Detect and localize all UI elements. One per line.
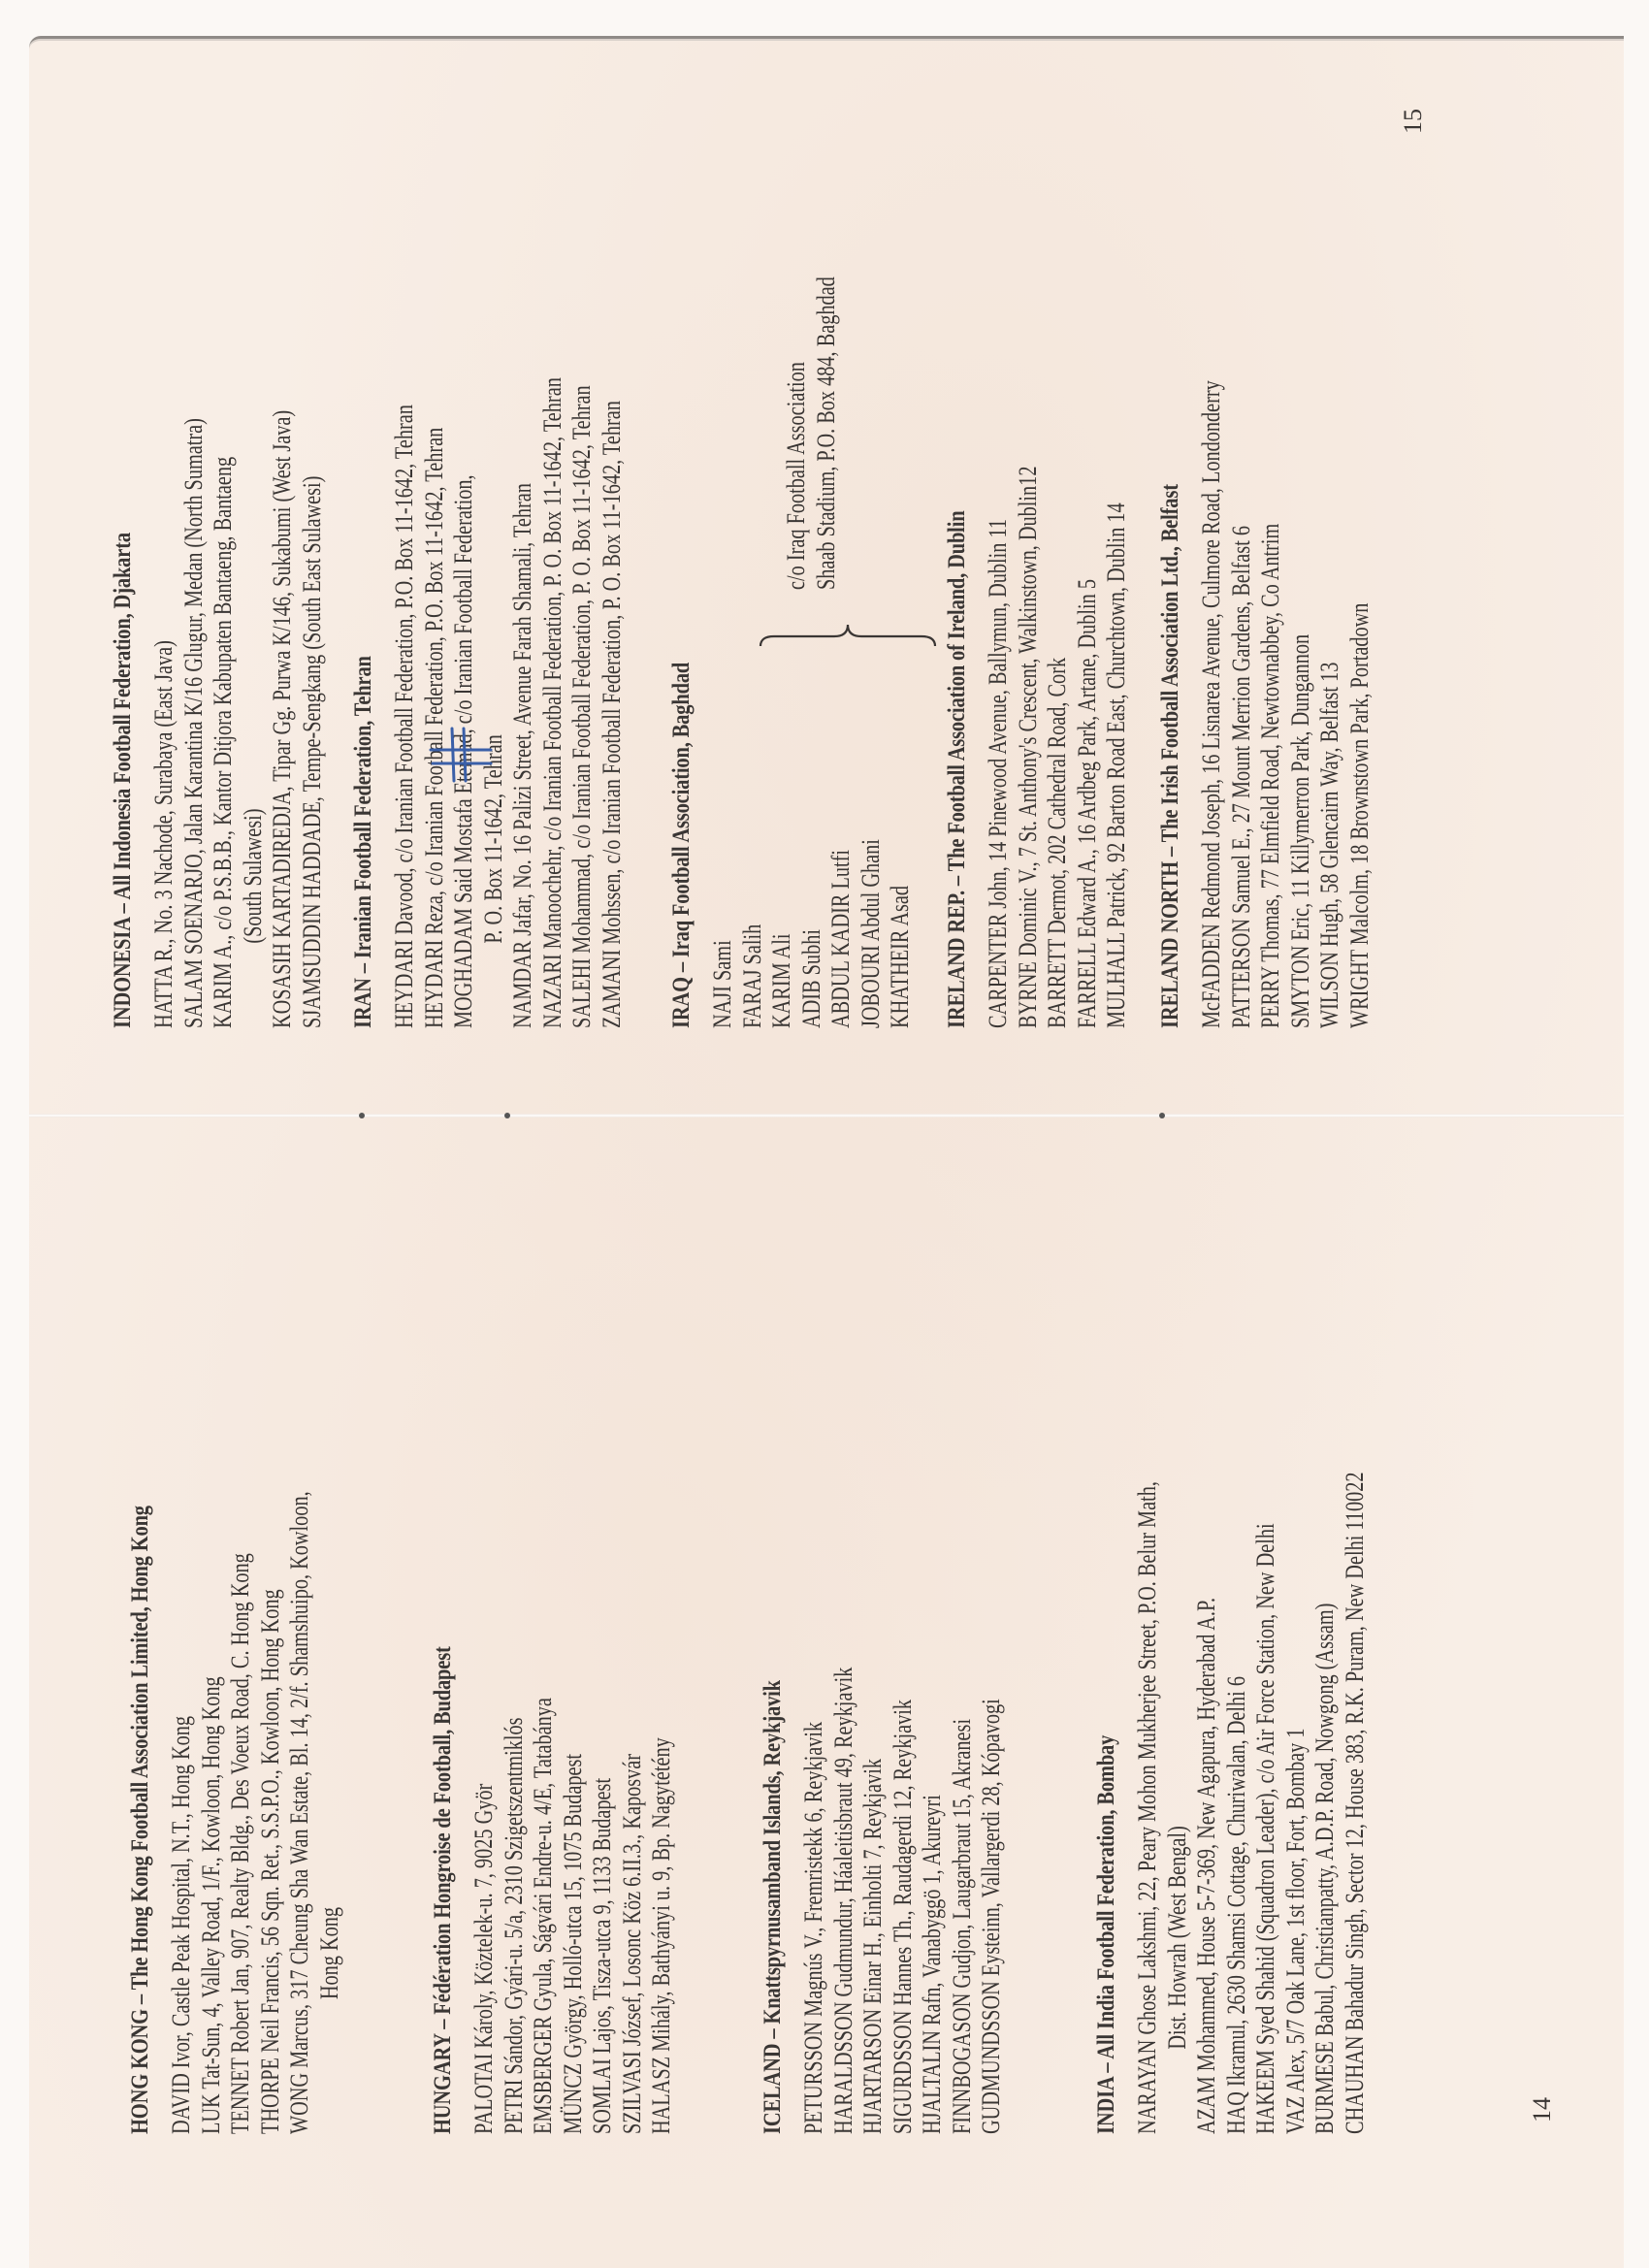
section-iceland: ICELAND – Knattspyrnusamband Islands, Re… <box>759 1536 1007 2134</box>
entry-surname: HJALTALIN <box>918 2030 946 2134</box>
entry-details: Gudmundur, Háaleitisbraut 49, Reykjavik <box>829 1668 857 2002</box>
entry-surname: VAZ <box>1281 2096 1309 2134</box>
entry-details: Thomas, 77 Elmfield Road, Newtownabbey, … <box>1256 524 1284 967</box>
entry-line: NARAYAN Ghose Lakshmi, 22, Peary Mohon M… <box>1133 1472 1163 2134</box>
entry-details: Eric, 11 Killymerron Park, Dungannon <box>1286 634 1314 946</box>
association-name: Iraq Football Association, Baghdad <box>668 663 695 957</box>
entry-line: SMYTON Eric, 11 Killymerron Park, Dungan… <box>1286 380 1316 1028</box>
entry-line: WRIGHT Malcolm, 18 Brownstown Park, Port… <box>1345 380 1375 1028</box>
entry-details: Ikramul, 2630 Shamsi Cottage, Churiwalan… <box>1222 1676 1250 2091</box>
section-ireland-rep: IRELAND REP. – The Football Association … <box>943 308 1132 1028</box>
entry-details: Mohssen, c/o Iranian Football Federation… <box>598 401 626 950</box>
page-15: INDONESIA – All Indonesia Football Feder… <box>29 39 1624 1114</box>
association-name: Fédération Hongroise de Football, Budape… <box>430 1646 456 2014</box>
entry-details: Károly, Köztelek-u. 7, 9025 Györ <box>469 1784 498 2054</box>
iraq-name-list: NAJI SamiFARAJ SalihKARIM AliADIB SubhiA… <box>708 786 916 1028</box>
entry-details: Mihály, Bathyányi u. 9, Bp. Nagytétény <box>647 1737 675 2057</box>
entry-details: Gudjon, Laugarbraut 15, Akranesi <box>948 1719 976 1993</box>
entry-surname: NARAYAN <box>1133 2040 1161 2134</box>
entry-details: Hong Kong <box>315 1907 343 1999</box>
entry-line: BYRNE Dominic V., 7 St. Anthony's Cresce… <box>1014 467 1044 1028</box>
page-number: 15 <box>1399 109 1428 134</box>
entry-details: Alex, 5/7 Oak Lane, 1st floor, Fort, Bom… <box>1281 1729 1309 2096</box>
section-india: INDIA – All India Football Federation, B… <box>1092 1285 1370 2134</box>
section-ireland-north: IRELAND NORTH – The Irish Football Assoc… <box>1156 198 1374 1028</box>
section-heading: IRELAND NORTH – The Irish Football Assoc… <box>1156 347 1185 1028</box>
country-name: INDIA <box>1093 2078 1119 2134</box>
country-name: IRAN <box>350 978 376 1028</box>
entry-line: ADIB Subhi <box>797 839 827 1028</box>
entry-line: WONG Marcus, 317 Cheung Sha Wan Estate, … <box>285 1491 315 2134</box>
entry-surname: NAJI <box>708 986 736 1028</box>
entry-surname: BYRNE <box>1014 961 1042 1028</box>
entry-details: Mohammed, House 5-7-369, New Agapura, Hy… <box>1192 1598 1220 2076</box>
entry-details: (South Sulawesi) <box>239 808 267 943</box>
entry-surname: PALOTAI <box>469 2054 498 2134</box>
section-heading: IRELAND REP. – The Football Association … <box>943 437 972 1028</box>
entry-list: CARPENTER John, 14 Pinewood Avenue, Ball… <box>984 308 1132 1028</box>
entry-line: BARRETT Dermot, 202 Cathedral Road, Cork <box>1043 467 1073 1028</box>
entry-surname: JOBOURI <box>857 945 885 1028</box>
entry-surname: MÜNCZ <box>559 2063 587 2134</box>
association-name: The Hong Kong Football Association Limit… <box>127 1506 153 1990</box>
entry-details: Hannes Th., Raudagerdi 12, Reykjavik <box>889 1700 917 2011</box>
dash: – <box>944 871 970 891</box>
entry-surname: HATTA <box>149 966 178 1028</box>
entry-line: MOGHADAM Said Mostafa Etemad, c/o Irania… <box>449 377 479 1028</box>
association-name: The Football Association of Ireland, Dub… <box>944 511 970 872</box>
entry-line: TENNET Robert Jan, 907, Realty Bldg., De… <box>226 1491 256 2134</box>
entry-line: CARPENTER John, 14 Pinewood Avenue, Ball… <box>984 467 1014 1028</box>
entry-surname: SJAMSUDDIN HADDADE <box>298 801 326 1028</box>
entry-line: KOSASIH KARTADIREDJA, Tipar Gg. Purwa K/… <box>268 410 298 1028</box>
entry-line: PETURSSON Magnús V., Fremristekk 6, Reyk… <box>799 1668 829 2134</box>
entry-line: FARAJ Salih <box>738 839 768 1028</box>
country-name: INDONESIA <box>110 918 136 1028</box>
entry-surname: FINNBOGASON <box>948 1993 976 2134</box>
entry-line: SOMLAI Lajos, Tisza-utca 9, 1133 Budapes… <box>588 1670 618 2134</box>
entry-line: SALEHI Mohammad, c/o Iranian Football Fe… <box>567 377 598 1028</box>
entry-details: Said Mostafa Etemad, c/o Iranian Footbal… <box>449 474 477 908</box>
entry-details: Neil Francis, 56 Sqn. Ret., S.S.P.O., Ko… <box>256 1589 284 2057</box>
section-iraq: IRAQ – Iraq Football Association, Baghda… <box>667 155 958 1028</box>
ink-hash-mark-icon <box>427 721 495 789</box>
entry-surname: HAQ <box>1222 2091 1250 2134</box>
entry-surname: NAMDAR <box>508 941 536 1028</box>
dash: – <box>127 1990 153 2009</box>
entry-surname: DAVID <box>167 2073 195 2134</box>
entry-details: A., c/o P.S.B.B., Kantor Ditjora Kabupat… <box>209 457 237 963</box>
entry-details: Robert Jan, 907, Realty Bldg., Des Voeux… <box>226 1553 254 2057</box>
entry-line: ZAMANI Mohssen, c/o Iranian Football Fed… <box>598 377 628 1028</box>
entry-list: PETURSSON Magnús V., Fremristekk 6, Reyk… <box>799 1536 1007 2134</box>
entry-line: KARIM Ali <box>767 839 797 1028</box>
entry-details: Redmond Joseph, 16 Lisnarea Avenue, Culm… <box>1197 380 1225 923</box>
booklet-spread: HONG KONG – The Hong Kong Football Assoc… <box>0 0 1649 2268</box>
entry-details: Syed Shahid (Squadron Leader), c/o Air F… <box>1251 1523 1279 2050</box>
entry-surname: HEYDARI <box>390 940 418 1028</box>
entry-details: Asad <box>886 886 914 930</box>
entry-surname: WILSON <box>1315 952 1343 1028</box>
entry-surname: PATTERSON <box>1227 919 1255 1028</box>
entry-details: Malcolm, 18 Brownstown Park, Portadown <box>1345 603 1374 951</box>
entry-surname: HALASZ <box>647 2057 675 2134</box>
entry-surname: BURMESE <box>1310 2041 1339 2134</box>
entry-details: Davood, c/o Iranian Football Federation,… <box>390 405 418 940</box>
entry-line: NAJI Sami <box>708 839 738 1028</box>
entry-line: HALASZ Mihály, Bathyányi u. 9, Bp. Nagyt… <box>647 1670 677 2134</box>
section-heading: INDIA – All India Football Federation, B… <box>1092 1438 1121 2134</box>
entry-details: Ghose Lakshmi, 22, Peary Mohon Mukherjee… <box>1133 1481 1161 2040</box>
entry-line: McFADDEN Redmond Joseph, 16 Lisnarea Ave… <box>1197 380 1227 1028</box>
entry-line: HEYDARI Davood, c/o Iranian Football Fed… <box>390 377 420 1028</box>
entry-details: György, Holló-utca 15, 1075 Budapest <box>559 1754 587 2063</box>
association-name: All Indonesia Football Federation, Djaka… <box>110 533 136 899</box>
section-heading: IRAN – Iranian Football Federation, Tehr… <box>349 344 378 1028</box>
country-name: IRELAND REP. <box>944 891 970 1028</box>
entry-line: PALOTAI Károly, Köztelek-u. 7, 9025 Györ <box>469 1670 500 2134</box>
page-14: HONG KONG – The Hong Kong Football Assoc… <box>29 1118 1624 2268</box>
entry-details: Sami <box>708 940 736 986</box>
entry-line: PERRY Thomas, 77 Elmfield Road, Newtowna… <box>1256 380 1286 1028</box>
section-heading: HUNGARY – Fédération Hongroise de Footba… <box>429 1646 458 2134</box>
association-name: All India Football Federation, Bombay <box>1093 1735 1119 2059</box>
entry-line: Dist. Howrah (West Bengal) <box>1163 1472 1193 2134</box>
country-name: HONG KONG <box>127 2009 153 2134</box>
entry-details: Gyula, Ságvári Endre-u. 4/E, Tatabánya <box>529 1698 557 2016</box>
entry-line: Hong Kong <box>315 1491 345 2134</box>
entry-line: CHAUHAN Bahadur Singh, Sector 12, House … <box>1341 1472 1371 2134</box>
entry-surname: SIGURDSSON <box>889 2011 917 2134</box>
entry-line: PATTERSON Samuel E., 27 Mount Merrion Ga… <box>1227 380 1257 1028</box>
entry-line: SALAM SOENARJO, Jalan Karantina K/16 Glu… <box>179 410 210 1028</box>
entry-surname: McFADDEN <box>1197 923 1225 1028</box>
entry-line: HATTA R., No. 3 Nachode, Surabaya (East … <box>149 410 179 1028</box>
country-name: ICELAND <box>760 2044 786 2134</box>
dash: – <box>668 957 695 977</box>
entry-details: Einar H., Einholti 7, Reykjavik <box>858 1759 887 2009</box>
entry-details: József, Losonc Köz 6.II.3., Kaposvár <box>618 1754 646 2051</box>
entry-details: Sándor, Gyári-u. 5/a, 2310 Szigetszentmi… <box>500 1717 528 2079</box>
association-name: Iranian Football Federation, Tehran <box>350 656 376 958</box>
entry-line: HARALDSSON Gudmundur, Háaleitisbraut 49,… <box>829 1668 859 2134</box>
country-name: IRAQ <box>668 977 695 1028</box>
entry-line: NAMDAR Jafar, No. 16 Palizi Street, Aven… <box>508 377 538 1028</box>
entry-details: R., No. 3 Nachode, Surabaya (East Java) <box>149 640 178 966</box>
entry-surname: CARPENTER <box>984 914 1012 1028</box>
entry-list: NARAYAN Ghose Lakshmi, 22, Peary Mohon M… <box>1133 1285 1370 2134</box>
entry-surname: FARRELL <box>1073 943 1101 1028</box>
entry-surname: KHATHEIR <box>886 930 914 1028</box>
entry-list: HATTA R., No. 3 Nachode, Surabaya (East … <box>149 236 327 1028</box>
entry-details: Rafn, Vanabyggö 1, Akureyri <box>918 1795 946 2030</box>
entry-line: HJARTARSON Einar H., Einholti 7, Reykjav… <box>858 1668 889 2134</box>
entry-line: SJAMSUDDIN HADDADE, Tempe-Sengkang (Sout… <box>298 410 328 1028</box>
entry-surname: KOSASIH KARTADIREDJA <box>268 792 296 1028</box>
entry-surname: FARAJ <box>738 970 766 1028</box>
section-iran: IRAN – Iranian Football Federation, Tehr… <box>349 194 627 1028</box>
entry-details: Samuel E., 27 Mount Merrion Gardens, Bel… <box>1227 526 1255 919</box>
entry-line: FARRELL Edward A., 16 Ardbeg Park, Artan… <box>1073 467 1103 1028</box>
entry-details: , Tempe-Sengkang (South East Sulawesi) <box>298 476 326 802</box>
entry-surname: KARIM <box>767 962 795 1028</box>
entry-line: ABDUL KADIR Lutfi <box>826 839 857 1028</box>
dash: – <box>1093 2059 1119 2078</box>
entry-details: Subhi <box>797 929 825 980</box>
entry-line: PETRI Sándor, Gyári-u. 5/a, 2310 Szigets… <box>500 1670 530 2134</box>
entry-surname: ABDUL KADIR <box>826 894 855 1028</box>
entry-line: HAKEEM Syed Shahid (Squadron Leader), c/… <box>1251 1472 1281 2134</box>
entry-surname: SALEHI <box>567 958 596 1028</box>
entry-surname: KARIM <box>209 962 237 1028</box>
entry-surname: PERRY <box>1256 967 1284 1028</box>
entry-line: SIGURDSSON Hannes Th., Raudagerdi 12, Re… <box>889 1668 919 2134</box>
entry-line: HAQ Ikramul, 2630 Shamsi Cottage, Churiw… <box>1222 1472 1252 2134</box>
entry-line: MULHALL Patrick, 92 Barton Road East, Ch… <box>1102 467 1132 1028</box>
entry-list: McFADDEN Redmond Joseph, 16 Lisnarea Ave… <box>1197 198 1374 1028</box>
entry-surname: MULHALL <box>1102 933 1130 1028</box>
entry-surname: BARRETT <box>1043 939 1071 1028</box>
entry-line: (South Sulawesi) <box>239 410 269 1028</box>
entry-line: EMSBERGER Gyula, Ságvári Endre-u. 4/E, T… <box>529 1670 559 2134</box>
section-heading: INDONESIA – All Indonesia Football Feder… <box>109 378 138 1028</box>
entry-list: DAVID Ivor, Castle Peak Hospital, N.T., … <box>167 1310 344 2134</box>
entry-details: Tat-Sun, 4, Valley Road, 1/F., Kowloon, … <box>197 1676 225 2093</box>
entry-details: Babul, Christianpatty, A.D.P. Road, Nowg… <box>1310 1604 1339 2042</box>
brace-icon <box>757 592 939 650</box>
entry-details: Salih <box>738 924 766 970</box>
country-name: IRELAND NORTH <box>1157 861 1183 1028</box>
entry-details: Mohammad, c/o Iranian Football Federatio… <box>567 385 596 958</box>
entry-surname: AZAM <box>1192 2076 1220 2134</box>
entry-line: GUDMUNDSSON Eysteinn, Vallargerdi 28, Kó… <box>977 1668 1007 2134</box>
entry-details: Hugh, 58 Glencairn Way, Belfast 13 <box>1315 663 1343 953</box>
entry-details: Jafar, No. 16 Palizi Street, Avenue Fara… <box>508 483 536 941</box>
section-heading: IRAQ – Iraq Football Association, Baghda… <box>667 312 696 1028</box>
entry-surname: THORPE <box>256 2057 284 2134</box>
entry-details: Ali <box>767 934 795 963</box>
entry-line: BURMESE Babul, Christianpatty, A.D.P. Ro… <box>1310 1472 1341 2134</box>
entry-line: KARIM A., c/o P.S.B.B., Kantor Ditjora K… <box>209 410 239 1028</box>
page-number: 14 <box>1528 2097 1557 2122</box>
section-hong-kong: HONG KONG – The Hong Kong Football Assoc… <box>126 1310 344 2134</box>
entry-line: WILSON Hugh, 58 Glencairn Way, Belfast 1… <box>1315 380 1345 1028</box>
dash: – <box>110 900 136 919</box>
shared-address-line: Shaab Stadium, P.O. Box 484, Baghdad <box>812 276 842 590</box>
entry-details: Bahadur Singh, Sector 12, House 383, R.K… <box>1341 1472 1369 2035</box>
entry-surname: SZILVASI <box>618 2051 646 2134</box>
dash: – <box>430 2015 456 2034</box>
entry-surname: HEYDARI <box>420 940 448 1028</box>
entry-details: Dist. Howrah (West Bengal) <box>1163 1826 1191 2049</box>
entry-details: Magnús V., Fremristekk 6, Reykjavik <box>799 1722 827 2022</box>
entry-surname: SALAM SOENARJO <box>179 854 208 1028</box>
entry-list: HEYDARI Davood, c/o Iranian Football Fed… <box>390 194 627 1028</box>
entry-details: , Tipar Gg. Purwa K/146, Sukabumi (West … <box>268 410 296 792</box>
entry-surname: WRIGHT <box>1345 950 1374 1028</box>
association-name: The Irish Football Association Ltd., Bel… <box>1157 484 1183 842</box>
entry-surname: HARALDSSON <box>829 2002 857 2134</box>
entry-details: , Jalan Karantina K/16 Glugur, Medan (No… <box>179 418 208 854</box>
entry-details: Dermot, 202 Cathedral Road, Cork <box>1043 658 1071 939</box>
entry-details: Edward A., 16 Ardbeg Park, Artane, Dubli… <box>1073 579 1101 943</box>
entry-line: MÜNCZ György, Holló-utca 15, 1075 Budape… <box>559 1670 589 2134</box>
entry-details: Eysteinn, Vallargerdi 28, Kópavogi <box>977 1699 1005 1981</box>
entry-surname: WONG <box>285 2073 313 2134</box>
section-heading: HONG KONG – The Hong Kong Football Assoc… <box>126 1458 155 2134</box>
entry-details: Ivor, Castle Peak Hospital, N.T., Hong K… <box>167 1716 195 2073</box>
entry-details: Lutfi <box>826 850 855 894</box>
entry-line: HEYDARI Reza, c/o Iranian Football Feder… <box>420 377 450 1028</box>
entry-surname: ADIB <box>797 980 825 1028</box>
section-indonesia: INDONESIA – All Indonesia Football Feder… <box>109 236 327 1028</box>
entry-surname: TENNET <box>226 2058 254 2134</box>
entry-details: Reza, c/o Iranian Football Federation, P… <box>420 428 448 940</box>
shared-address-line: c/o Iraq Football Association <box>782 276 812 590</box>
entry-line: AZAM Mohammed, House 5-7-369, New Agapur… <box>1192 1472 1222 2134</box>
entry-line: THORPE Neil Francis, 56 Sqn. Ret., S.S.P… <box>256 1491 286 2134</box>
entry-surname: GUDMUNDSSON <box>977 1981 1005 2134</box>
entry-line: JOBOURI Abdul Ghani <box>857 839 887 1028</box>
entry-details: Abdul Ghani <box>857 839 885 945</box>
dash: – <box>350 958 376 978</box>
entry-line: FINNBOGASON Gudjon, Laugarbraut 15, Akra… <box>948 1668 978 2134</box>
entry-surname: HJARTARSON <box>858 2009 887 2134</box>
entry-surname: SMYTON <box>1286 946 1314 1028</box>
dash: – <box>760 2025 786 2044</box>
entry-line: LUK Tat-Sun, 4, Valley Road, 1/F., Kowlo… <box>197 1491 227 2134</box>
association-name: Knattspyrnusamband Islands, Reykjavik <box>760 1680 786 2025</box>
country-name: HUNGARY <box>430 2034 456 2134</box>
entry-surname: CHAUHAN <box>1341 2036 1369 2134</box>
entry-line: VAZ Alex, 5/7 Oak Lane, 1st floor, Fort,… <box>1281 1472 1311 2134</box>
entry-line: KHATHEIR Asad <box>886 839 916 1028</box>
entry-line: P. O. Box 11-1642, Tehran <box>479 377 509 1028</box>
entry-surname: MOGHADAM <box>449 908 477 1028</box>
entry-list: PALOTAI Károly, Köztelek-u. 7, 9025 Györ… <box>469 1539 677 2134</box>
iraq-shared-address: c/o Iraq Football AssociationShaab Stadi… <box>782 188 841 590</box>
entry-surname: SOMLAI <box>588 2058 616 2134</box>
entry-surname: NAZARI <box>538 954 566 1028</box>
entry-surname: HAKEEM <box>1251 2050 1279 2134</box>
entry-surname: LUK <box>197 2093 225 2134</box>
entry-details: Dominic V., 7 St. Anthony's Crescent, Wa… <box>1014 467 1042 962</box>
section-heading: ICELAND – Knattspyrnusamband Islands, Re… <box>759 1643 788 2134</box>
entry-line: SZILVASI József, Losonc Köz 6.II.3., Kap… <box>618 1670 648 2134</box>
entry-details: Marcus, 317 Cheung Sha Wan Estate, Bl. 1… <box>285 1491 313 2073</box>
entry-line: HJALTALIN Rafn, Vanabyggö 1, Akureyri <box>918 1668 948 2134</box>
entry-surname: PETRI <box>500 2080 528 2134</box>
entry-details: Lajos, Tisza-utca 9, 1133 Budapest <box>588 1778 616 2058</box>
dash: – <box>1157 842 1183 861</box>
section-hungary: HUNGARY – Fédération Hongroise de Footba… <box>429 1539 677 2134</box>
entry-details: Patrick, 92 Barton Road East, Churchtown… <box>1102 502 1130 932</box>
entry-details: John, 14 Pinewood Avenue, Ballymun, Dubl… <box>984 519 1012 914</box>
entry-surname: PETURSSON <box>799 2022 827 2134</box>
entry-line: DAVID Ivor, Castle Peak Hospital, N.T., … <box>167 1491 197 2134</box>
entry-surname: EMSBERGER <box>529 2016 557 2134</box>
entry-line: NAZARI Manoochehr, c/o Iranian Football … <box>538 377 568 1028</box>
entry-surname: ZAMANI <box>598 950 626 1028</box>
entry-details: Manoochehr, c/o Iranian Football Federat… <box>538 377 566 954</box>
